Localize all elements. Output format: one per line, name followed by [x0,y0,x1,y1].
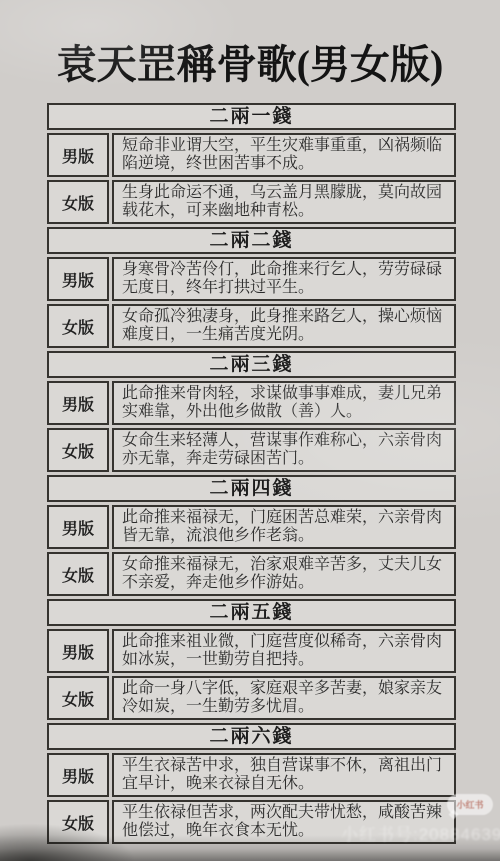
table-row: 女版 女命孤冷独凄身，此身推来路乞人，操心烦恼难度日，一生痛苦度光阴。 [47,304,456,348]
row-label-female: 女版 [47,552,109,596]
table-row: 女版 生身此命运不通，乌云盖月黑朦胧，莫向故园载花木，可来幽地种青松。 [47,180,456,224]
section-title: 二兩三錢 [47,351,456,378]
row-label-male: 男版 [47,381,109,425]
verse-female: 女命推来福禄无，治家艰难辛苦多，丈夫儿女不亲爱，奔走他乡作游姑。 [112,552,456,596]
xiaohongshu-logo-text: 小红书 [456,798,483,811]
section-title: 二兩五錢 [47,599,456,626]
section-title: 二兩一錢 [47,103,456,130]
table-row: 男版 身寒骨冷苦伶仃，此命推来行乞人，劳劳碌碌无度日，终年打拱过平生。 [47,257,456,301]
row-label-male: 男版 [47,505,109,549]
verse-male: 平生衣禄苦中求，独自营谋事不休，离祖出门宜早计，晚来衣禄自无休。 [112,753,456,797]
table-row: 男版 平生衣禄苦中求，独自营谋事不休，离祖出门宜早计，晚来衣禄自无休。 [47,753,456,797]
table-row: 女版 女命推来福禄无，治家艰难辛苦多，丈夫儿女不亲爱，奔走他乡作游姑。 [47,552,456,596]
verse-male: 此命推来骨肉轻，求谋做事事难成，妻儿兄弟实难靠，外出他乡做散（善）人。 [112,381,456,425]
table-row: 女版 女命生来轻薄人，营谋事作难称心，六亲骨肉亦无靠，奔走劳碌困苦门。 [47,428,456,472]
verse-male: 身寒骨冷苦伶仃，此命推来行乞人，劳劳碌碌无度日，终年打拱过平生。 [112,257,456,301]
verse-female: 此命一身八字低，家庭艰辛多苦妻，娘家亲友冷如炭，一生勤劳多忧眉。 [112,676,456,720]
xiaohongshu-logo-badge: 小红书 [447,794,493,815]
verse-male: 此命推来祖业微，门庭营度似稀奇，六亲骨肉如冰炭，一世勤劳自把持。 [112,629,456,673]
weight-section-4: 二兩四錢 男版 此命推来福禄无，门庭困苦总难荣，六亲骨肉皆无靠，流浪他乡作老翁。… [47,475,456,596]
table-row: 男版 此命推来祖业微，门庭营度似稀奇，六亲骨肉如冰炭，一世勤劳自把持。 [47,629,456,673]
row-label-female: 女版 [47,180,109,224]
verse-male: 短命非业谓大空，平生灾难事重重，凶祸频临陷逆境，终世困苦事不成。 [112,133,456,177]
table-row: 男版 此命推来福禄无，门庭困苦总难荣，六亲骨肉皆无靠，流浪他乡作老翁。 [47,505,456,549]
row-label-male: 男版 [47,133,109,177]
row-label-female: 女版 [47,428,109,472]
row-label-male: 男版 [47,753,109,797]
weight-section-2: 二兩二錢 男版 身寒骨冷苦伶仃，此命推来行乞人，劳劳碌碌无度日，终年打拱过平生。… [47,227,456,348]
row-label-female: 女版 [47,304,109,348]
row-label-male: 男版 [47,629,109,673]
table-row: 男版 短命非业谓大空，平生灾难事重重，凶祸频临陷逆境，终世困苦事不成。 [47,133,456,177]
page-title: 袁天罡稱骨歌(男女版) [0,40,500,90]
row-label-male: 男版 [47,257,109,301]
row-label-female: 女版 [47,800,109,844]
bone-weight-table: 二兩一錢 男版 短命非业谓大空，平生灾难事重重，凶祸频临陷逆境，终世困苦事不成。… [47,103,456,844]
section-title: 二兩六錢 [47,723,456,750]
table-row: 女版 此命一身八字低，家庭艰辛多苦妻，娘家亲友冷如炭，一生勤劳多忧眉。 [47,676,456,720]
verse-female: 女命生来轻薄人，营谋事作难称心，六亲骨肉亦无靠，奔走劳碌困苦门。 [112,428,456,472]
section-title: 二兩四錢 [47,475,456,502]
verse-male: 此命推来福禄无，门庭困苦总难荣，六亲骨肉皆无靠，流浪他乡作老翁。 [112,505,456,549]
verse-female: 女命孤冷独凄身，此身推来路乞人，操心烦恼难度日，一生痛苦度光阴。 [112,304,456,348]
section-title: 二兩二錢 [47,227,456,254]
table-row: 男版 此命推来骨肉轻，求谋做事事难成，妻儿兄弟实难靠，外出他乡做散（善）人。 [47,381,456,425]
watermark-id-text: 小红书号:2088463988 [341,820,500,845]
verse-female: 生身此命运不通，乌云盖月黑朦胧，莫向故园载花木，可来幽地种青松。 [112,180,456,224]
weight-section-1: 二兩一錢 男版 短命非业谓大空，平生灾难事重重，凶祸频临陷逆境，终世困苦事不成。… [47,103,456,224]
weight-section-5: 二兩五錢 男版 此命推来祖业微，门庭营度似稀奇，六亲骨肉如冰炭，一世勤劳自把持。… [47,599,456,720]
row-label-female: 女版 [47,676,109,720]
weight-section-3: 二兩三錢 男版 此命推来骨肉轻，求谋做事事难成，妻儿兄弟实难靠，外出他乡做散（善… [47,351,456,472]
